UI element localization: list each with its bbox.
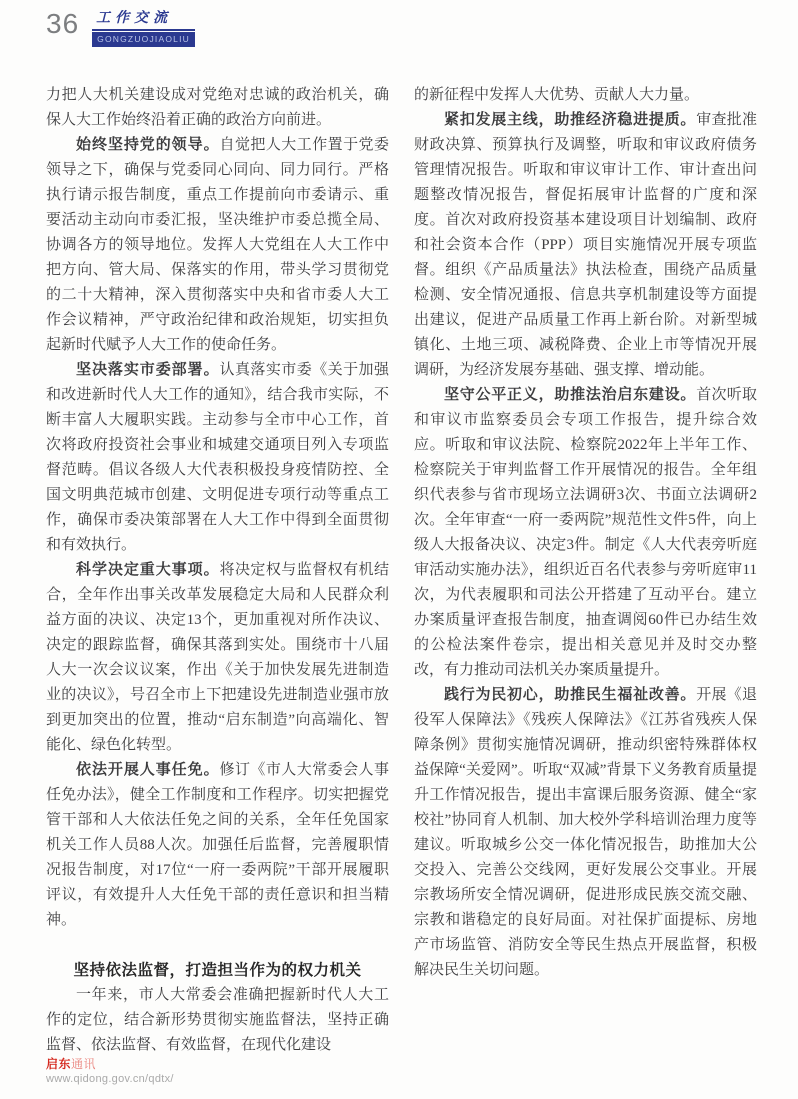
- paragraph: 坚守公平正义，助推法治启东建设。首次听取和审议市监察委员会专项工作报告，提升综合…: [414, 383, 757, 683]
- section-heading: 坚持依法监督，打造担当作为的权力机关: [46, 958, 389, 983]
- section-title: 工作交流: [92, 11, 195, 31]
- paragraph: 科学决定重大事项。将决定权与监督权有机结合，全年作出事关改革发展稳定大局和人民群…: [46, 558, 389, 758]
- paragraph: 一年来，市人大常委会准确把握新时代人大工作的定位，结合新形势贯彻实施监督法，坚持…: [46, 983, 389, 1058]
- page-footer: 启东通讯 www.qidong.gov.cn/qdtx/: [46, 1057, 174, 1087]
- paragraph: 依法开展人事任免。修订《市人大常委会人事任免办法》，健全工作制度和工作程序。切实…: [46, 758, 389, 933]
- right-column: 的新征程中发挥人大优势、贡献人大力量。 紧扣发展主线，助推经济稳进提质。审查批准…: [414, 83, 757, 1058]
- paragraph-text: 一年来，市人大常委会准确把握新时代人大工作的定位，结合新形势贯彻实施监督法，坚持…: [46, 987, 389, 1053]
- page-header: 36 工作交流 GONGZUOJIAOLIU: [46, 9, 195, 47]
- journal-brand-bold: 启东: [46, 1057, 71, 1071]
- paragraph-text: 开展《退役军人保障法》《残疾人保障法》《江苏省残疾人保障条例》贯彻实施情况调研，…: [414, 687, 757, 978]
- journal-brand: 启东通讯: [46, 1057, 174, 1072]
- paragraph: 紧扣发展主线，助推经济稳进提质。审查批准财政决算、预算执行及调整，听取和审议政府…: [414, 108, 757, 383]
- journal-url: www.qidong.gov.cn/qdtx/: [46, 1072, 174, 1087]
- journal-brand-light: 通讯: [71, 1057, 96, 1071]
- section-masthead: 工作交流 GONGZUOJIAOLIU: [92, 11, 195, 47]
- paragraph: 始终坚持党的领导。自觉把人大工作置于党委领导之下，确保与党委同心同向、同力同行。…: [46, 133, 389, 358]
- page-number: 36: [46, 9, 79, 39]
- section-pinyin: GONGZUOJIAOLIU: [92, 32, 195, 47]
- paragraph-text: 修订《市人大常委会人事任免办法》，健全工作制度和工作程序。切实把握党管干部和人大…: [46, 762, 389, 928]
- paragraph-lead: 始终坚持党的领导。: [76, 137, 220, 153]
- paragraph: 的新征程中发挥人大优势、贡献人大力量。: [414, 83, 757, 108]
- paragraph-text: 首次听取和审议市监察委员会专项工作报告，提升综合效应。听取和审议法院、检察院20…: [414, 387, 757, 678]
- paragraph-lead: 科学决定重大事项。: [76, 562, 220, 578]
- paragraph-lead: 践行为民初心，助推民生福祉改善。: [444, 687, 696, 703]
- left-column: 力把人大机关建设成对党绝对忠诚的政治机关，确保人大工作始终沿着正确的政治方向前进…: [46, 83, 389, 1058]
- paragraph-text: 审查批准财政决算、预算执行及调整，听取和审议政府债务管理情况报告。听取和审议审计…: [414, 112, 757, 378]
- paragraph-text: 力把人大机关建设成对党绝对忠诚的政治机关，确保人大工作始终沿着正确的政治方向前进…: [46, 87, 389, 128]
- paragraph-text: 自觉把人大工作置于党委领导之下，确保与党委同心同向、同力同行。严格执行请示报告制…: [46, 137, 389, 353]
- paragraph-text: 认真落实市委《关于加强和改进新时代人大工作的通知》，结合我市实际，不断丰富人大履…: [46, 362, 389, 553]
- paragraph-text: 将决定权与监督权有机结合，全年作出事关改革发展稳定大局和人民群众利益方面的决议、…: [46, 562, 389, 753]
- paragraph-lead: 紧扣发展主线，助推经济稳进提质。: [444, 112, 696, 128]
- paragraph: 坚决落实市委部署。认真落实市委《关于加强和改进新时代人大工作的通知》，结合我市实…: [46, 358, 389, 558]
- paragraph-lead: 坚守公平正义，助推法治启东建设。: [444, 387, 696, 403]
- paragraph-lead: 坚决落实市委部署。: [76, 362, 220, 378]
- paragraph-text: 的新征程中发挥人大优势、贡献人大力量。: [414, 87, 699, 103]
- article-body: 力把人大机关建设成对党绝对忠诚的政治机关，确保人大工作始终沿着正确的政治方向前进…: [46, 83, 757, 1058]
- paragraph: 践行为民初心，助推民生福祉改善。开展《退役军人保障法》《残疾人保障法》《江苏省残…: [414, 683, 757, 983]
- paragraph-lead: 依法开展人事任免。: [76, 762, 220, 778]
- paragraph: 力把人大机关建设成对党绝对忠诚的政治机关，确保人大工作始终沿着正确的政治方向前进…: [46, 83, 389, 133]
- magazine-page: 36 工作交流 GONGZUOJIAOLIU 力把人大机关建设成对党绝对忠诚的政…: [0, 0, 798, 1099]
